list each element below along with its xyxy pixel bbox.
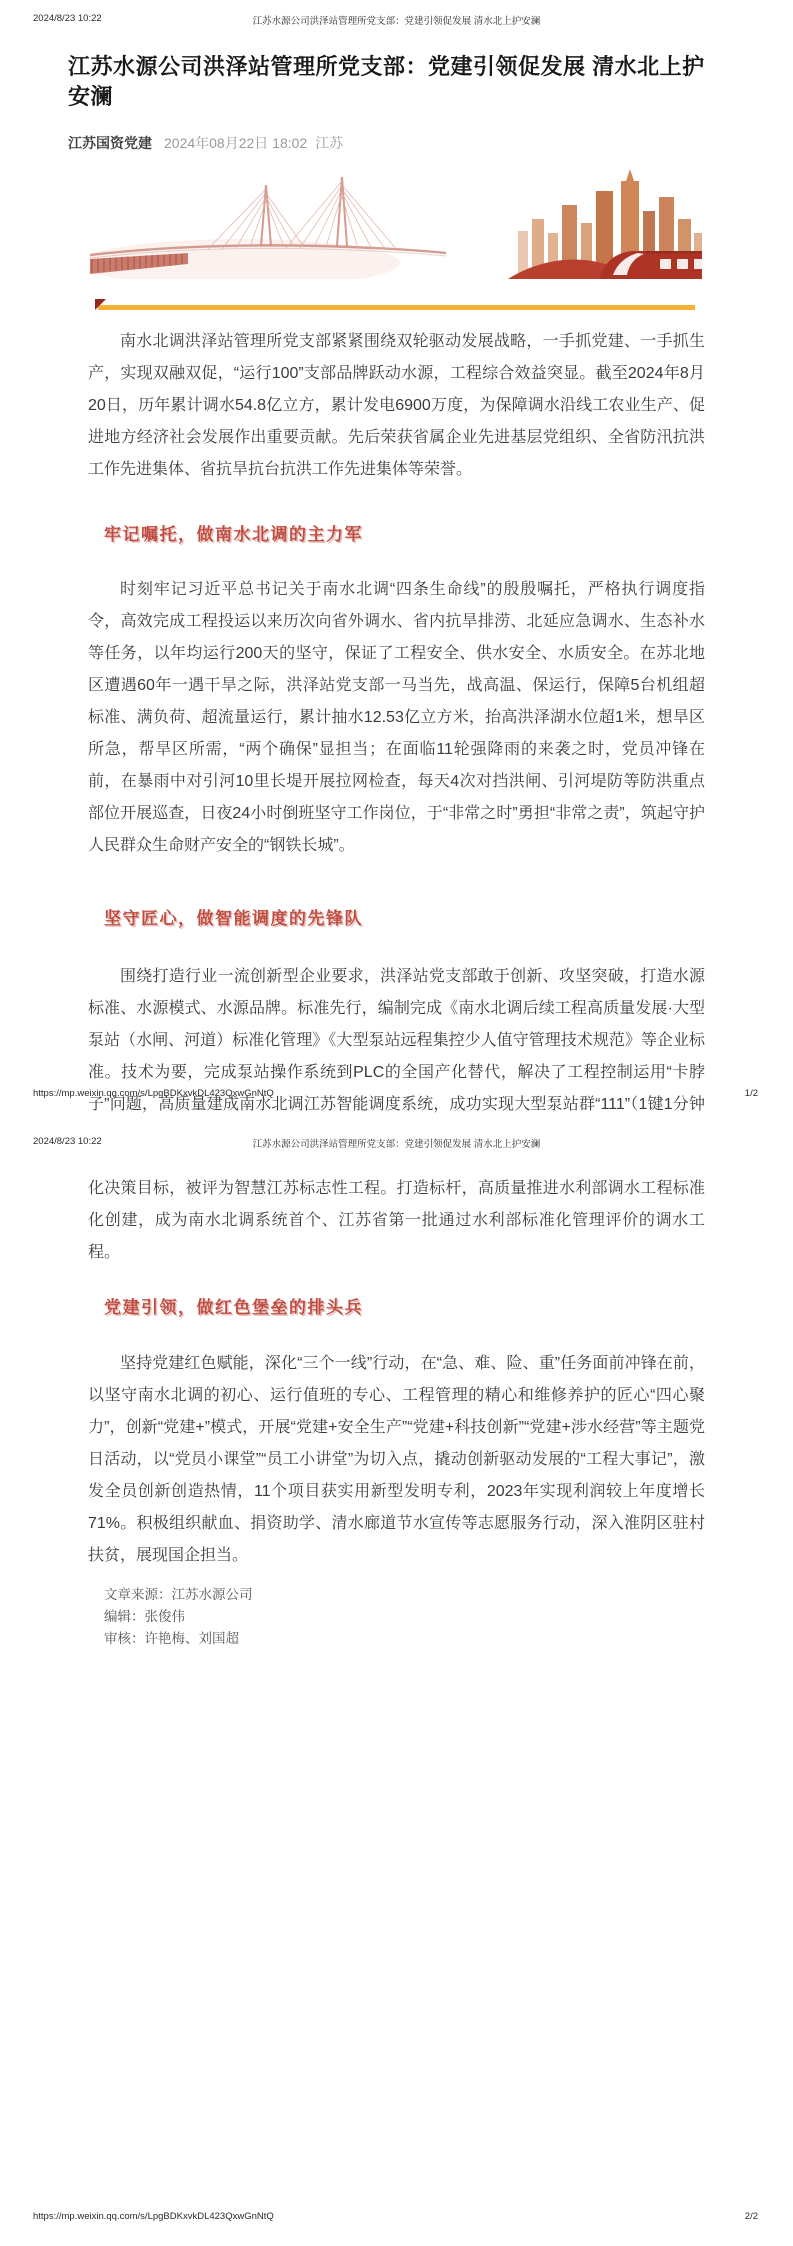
print-page-1: 2024/8/23 10:22 江苏水源公司洪泽站管理所党支部：党建引领促发展 … — [0, 0, 793, 1123]
print-timestamp-2: 2024/8/23 10:22 — [33, 1136, 102, 1147]
publish-location: 江苏 — [315, 135, 343, 151]
source-url-2: https://mp.weixin.qq.com/s/LpgBDKxvkDL42… — [33, 2211, 274, 2222]
print-doc-title-2: 江苏水源公司洪泽站管理所党支部：党建引领促发展 清水北上护安澜 — [113, 1136, 680, 1150]
print-header-2: 2024/8/23 10:22 江苏水源公司洪泽站管理所党支部：党建引领促发展 … — [33, 1136, 760, 1150]
article-body-continued: 化决策目标，被评为智慧江苏标志性工程。打造标杆，高质量推进水利部调水工程标准化创… — [68, 1123, 725, 1650]
print-page-2: 2024/8/23 10:22 江苏水源公司洪泽站管理所党支部：党建引领促发展 … — [0, 1123, 793, 2246]
article-banner-image — [90, 167, 702, 279]
source-url: https://mp.weixin.qq.com/s/LpgBDKxvkDL42… — [33, 1088, 274, 1099]
print-timestamp: 2024/8/23 10:22 — [33, 13, 102, 24]
section-heading-1: 牢记嘱托，做南水北调的主力军 — [104, 520, 725, 545]
source-line: 文章来源：江苏水源公司 — [104, 1584, 725, 1606]
article-source-block: 文章来源：江苏水源公司 编辑：张俊伟 审核：许艳梅、刘国超 — [104, 1584, 725, 1650]
print-footer-2: https://mp.weixin.qq.com/s/LpgBDKxvkDL42… — [33, 2211, 760, 2224]
paragraph-intro: 南水北调洪泽站管理所党支部紧紧围绕双轮驱动发展战略，一手抓党建、一手抓生产，实现… — [88, 326, 705, 486]
page-indicator-2: 2/2 — [745, 2211, 758, 2222]
paragraph-section-3: 坚持党建红色赋能，深化“三个一线”行动，在“急、难、险、重”任务面前冲锋在前，以… — [88, 1348, 705, 1572]
paragraph-section-1: 时刻牢记习近平总书记关于南水北调“四条生命线”的殷殷嘱托，严格执行调度指令，高效… — [88, 574, 705, 862]
account-name[interactable]: 江苏国资党建 — [68, 135, 152, 151]
print-header: 2024/8/23 10:22 江苏水源公司洪泽站管理所党支部：党建引领促发展 … — [33, 13, 760, 27]
page-indicator-1: 1/2 — [745, 1088, 758, 1099]
article-title: 江苏水源公司洪泽站管理所党支部：党建引领促发展 清水北上护安澜 — [68, 15, 725, 112]
reviewer-line: 审核：许艳梅、刘国超 — [104, 1628, 725, 1650]
section-heading-2: 坚守匠心，做智能调度的先锋队 — [104, 904, 725, 929]
article-byline: 江苏国资党建2024年08月22日 18:02江苏 — [68, 133, 725, 153]
print-doc-title: 江苏水源公司洪泽站管理所党支部：党建引领促发展 清水北上护安澜 — [113, 13, 680, 27]
section-heading-3: 党建引领，做红色堡垒的排头兵 — [104, 1293, 725, 1318]
article-body: 江苏水源公司洪泽站管理所党支部：党建引领促发展 清水北上护安澜 江苏国资党建20… — [68, 15, 725, 1123]
red-triangle-accent — [95, 299, 106, 310]
paragraph-section-2-part2: 化决策目标，被评为智慧江苏标志性工程。打造标杆，高质量推进水利部调水工程标准化创… — [88, 1173, 705, 1269]
publish-date: 2024年08月22日 18:02 — [164, 135, 307, 151]
gold-divider-bar — [98, 305, 695, 310]
editor-line: 编辑：张俊伟 — [104, 1606, 725, 1628]
print-footer-1: https://mp.weixin.qq.com/s/LpgBDKxvkDL42… — [33, 1088, 760, 1101]
